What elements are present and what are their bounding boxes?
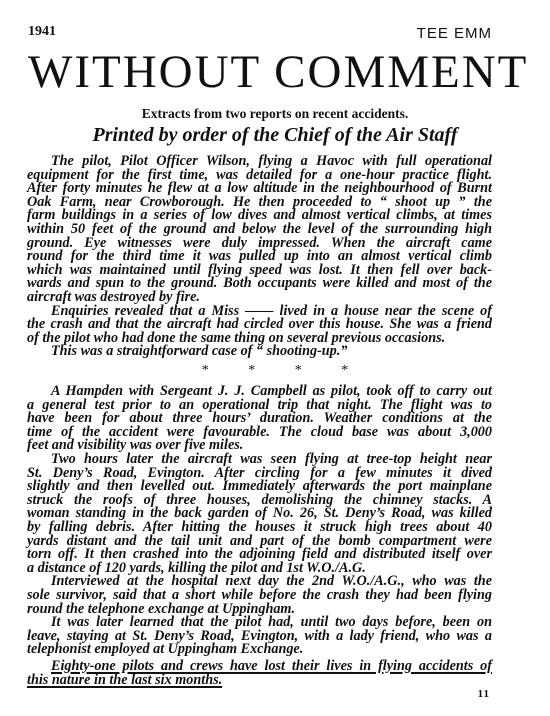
order-line: Printed by order of the Chief of the Air… (0, 124, 550, 147)
conclusion-line: this nature in the last six months. (27, 674, 492, 688)
document-page: 1941 TEE EMM WITHOUT COMMENT Extracts fr… (0, 0, 550, 716)
section-separator: * * * * (0, 363, 550, 379)
conclusion: Eighty-one pilots and crews have lost th… (27, 660, 492, 687)
page-title: WITHOUT COMMENT (28, 44, 490, 100)
report-1-line: This was a straightforward case of “ sho… (27, 345, 492, 359)
page-number: 11 (478, 688, 490, 700)
report-1: The pilot, Pilot Officer Wilson, flying … (27, 155, 492, 359)
subtitle: Extracts from two reports on recent acci… (0, 106, 550, 122)
report-2-line: telephonist employed at Uppingham Exchan… (27, 643, 492, 657)
conclusion-text: this nature in the last six months. (27, 672, 222, 688)
report-2: A Hampden with Sergeant J. J. Campbell a… (27, 385, 492, 657)
header-magazine-title: TEE EMM (417, 25, 492, 42)
header-year: 1941 (28, 24, 56, 40)
